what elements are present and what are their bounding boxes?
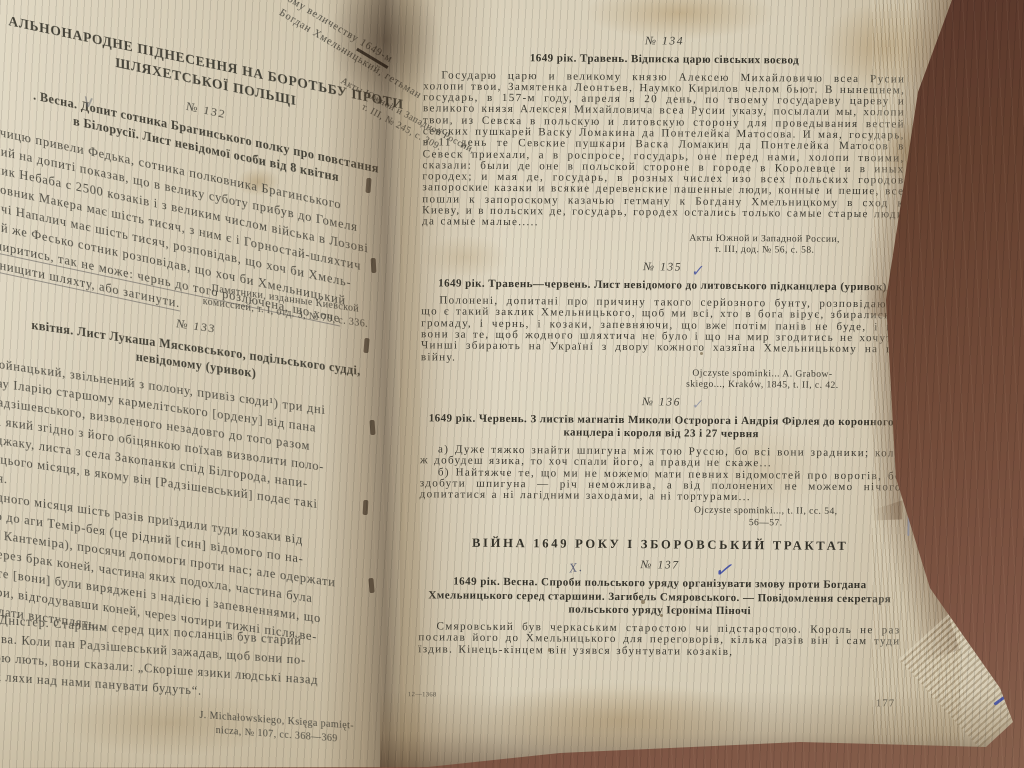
citation-line: т. III, дод. № 56, с. 58. [689, 245, 840, 258]
document-body-137: Смяровський був черкаським старостою чи … [418, 621, 900, 659]
binding-stitch [369, 420, 375, 435]
document-number-137: X.№ 137✓ [419, 558, 901, 574]
binding-stitch [365, 178, 371, 193]
number-text: № 137 [641, 560, 680, 572]
left-page-middle-block: Памятники, изданные Киевской комиссией, … [0, 243, 402, 678]
number-text: № 135 [643, 261, 682, 273]
pencil-x-mark: X. [568, 559, 584, 577]
document-number-134: № 134 [424, 33, 906, 49]
document-body-134: Государю царю и великому князю Алексею М… [422, 70, 905, 232]
citation-line: Акты Южной и Западной России, [689, 233, 840, 246]
right-page-text: № 134 1649 рік. Травень. Відписка царю с… [387, 0, 942, 768]
document-title-136: 1649 рік. Червень. З листів магнатів Мик… [422, 412, 900, 443]
number-text: № 134 [645, 35, 684, 47]
binding-stitch [371, 258, 377, 273]
book-gutter-shadow-top [330, 0, 440, 110]
citation-line: skiego..., Kraków, 1845, t. II, c. 42. [686, 380, 839, 393]
pen-check-mark: ✓ [689, 261, 705, 281]
pen-check-mark: ✓ [713, 557, 735, 584]
citation-line: Ojczyste spominki..., t. II, cc. 54, [694, 506, 838, 519]
number-text: № 136 [642, 396, 681, 408]
faint-check-mark: ✓ [691, 396, 704, 413]
chapter-heading: ВІЙНА 1649 РОКУ І ЗБОРОВСЬКИЙ ТРАКТАТ [419, 536, 901, 555]
right-page-column: № 134 1649 рік. Травень. Відписка царю с… [388, 33, 941, 660]
document-number-136: № 136✓ [420, 394, 902, 410]
citation-134: Акты Южной и Западной России, т. III, до… [689, 233, 840, 257]
bottom-page-shadow [380, 690, 1024, 768]
citation-136: Ojczyste spominki..., t. II, cc. 54, 56—… [694, 506, 838, 530]
citation-135: Ojczyste spominki... A. Grabow- skiego..… [686, 369, 839, 393]
document-title-135: 1649 рік. Травень—червень. Лист невідомо… [423, 277, 901, 295]
citation-line: 56—57. [694, 518, 838, 531]
document-body-136b: б) Найтяжче те, що ми не можемо мати пев… [420, 467, 902, 505]
document-body-135: Полонені, допитані про причину такого се… [421, 295, 904, 367]
document-number-135: № 135✓ [422, 259, 904, 275]
document-title-134: 1649 рік. Травень. Відписка царю сівськи… [425, 51, 903, 69]
document-title-137: 1649 рік. Весна. Спроби польського уряду… [421, 576, 899, 621]
pencil-check-mark: ∨ [81, 90, 95, 113]
open-book: ому величеству 1649-м Богдан Хмельницьки… [0, 0, 1024, 768]
binding-stitch [363, 500, 369, 515]
